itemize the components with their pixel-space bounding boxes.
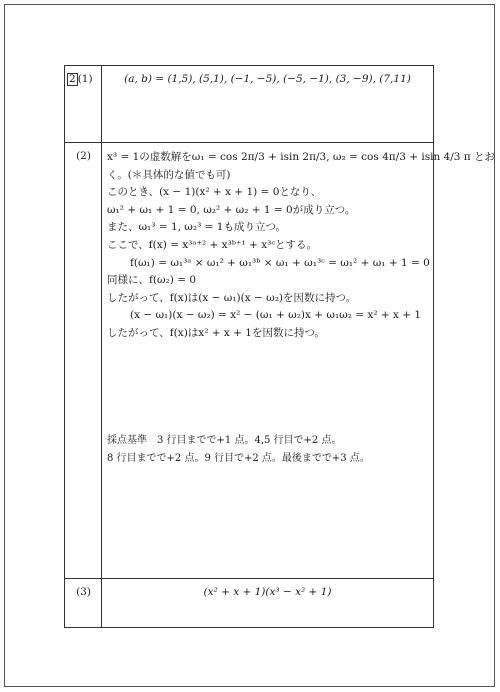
solution-line: また、ω₁³ = 1, ω₂³ = 1も成り立つ。 (107, 219, 430, 237)
label-cell: (2) (65, 143, 102, 578)
answer-text: (x² + x + 1)(x³ − x² + 1) (102, 586, 433, 598)
question-number-box: 2 (67, 73, 78, 86)
content-cell: (a, b) = (1,5), (5,1), (−1, −5), (−5, −1… (102, 66, 433, 142)
solution-line: ここで、f(x) = x³ᵃ⁺² + x³ᵇ⁺¹ + x³ᶜとする。 (107, 237, 430, 255)
content-cell: (x² + x + 1)(x³ − x² + 1) (102, 579, 433, 627)
sub-question-label: (3) (65, 586, 102, 598)
solution-line: (x − ω₁)(x − ω₂) = x² − (ω₁ + ω₂)x + ω₁ω… (107, 307, 430, 325)
answer-text: (a, b) = (1,5), (5,1), (−1, −5), (−5, −1… (102, 73, 433, 85)
solution-line: く。(＊具体的な値でも可) (107, 167, 430, 185)
criteria-line: 採点基準 3 行目までで+1 点。4,5 行目で+2 点。 (107, 432, 430, 450)
solution-line: したがって、f(x)は(x − ω₁)(x − ω₂)を因数に持つ。 (107, 290, 430, 308)
solution-line: ω₁² + ω₁ + 1 = 0, ω₂² + ω₂ + 1 = 0が成り立つ。 (107, 202, 430, 220)
label-cell: (3) (65, 579, 102, 627)
grading-criteria: 採点基準 3 行目までで+1 点。4,5 行目で+2 点。 8 行目までで+2 … (107, 432, 430, 467)
solution-lines: x³ = 1の虚数解をω₁ = cos 2π/3 + isin 2π/3, ω₂… (107, 149, 430, 343)
label-cell: 2(1) (65, 66, 102, 142)
solution-line: したがって、f(x)はx² + x + 1を因数に持つ。 (107, 325, 430, 343)
answer-row-3: (3) (x² + x + 1)(x³ − x² + 1) (65, 579, 433, 627)
solution-line: x³ = 1の虚数解をω₁ = cos 2π/3 + isin 2π/3, ω₂… (107, 149, 430, 167)
criteria-line: 8 行目までで+2 点。9 行目で+2 点。最後までで+3 点。 (107, 450, 430, 468)
row-label: 2(1) (67, 73, 104, 86)
answer-row-1: 2(1) (a, b) = (1,5), (5,1), (−1, −5), (−… (65, 66, 433, 143)
sub-question-label: (2) (65, 150, 102, 162)
sub-question-label: (1) (78, 73, 93, 85)
solution-line: f(ω₁) = ω₁³ᵃ × ω₁² + ω₁³ᵇ × ω₁ + ω₁³ᶜ = … (107, 255, 430, 273)
solution-line: 同様に、f(ω₂) = 0 (107, 272, 430, 290)
solution-line: このとき、(x − 1)(x² + x + 1) = 0となり、 (107, 184, 430, 202)
content-cell: x³ = 1の虚数解をω₁ = cos 2π/3 + isin 2π/3, ω₂… (102, 143, 433, 578)
answer-row-2: (2) x³ = 1の虚数解をω₁ = cos 2π/3 + isin 2π/3… (65, 143, 433, 579)
answer-table: 2(1) (a, b) = (1,5), (5,1), (−1, −5), (−… (64, 65, 434, 628)
